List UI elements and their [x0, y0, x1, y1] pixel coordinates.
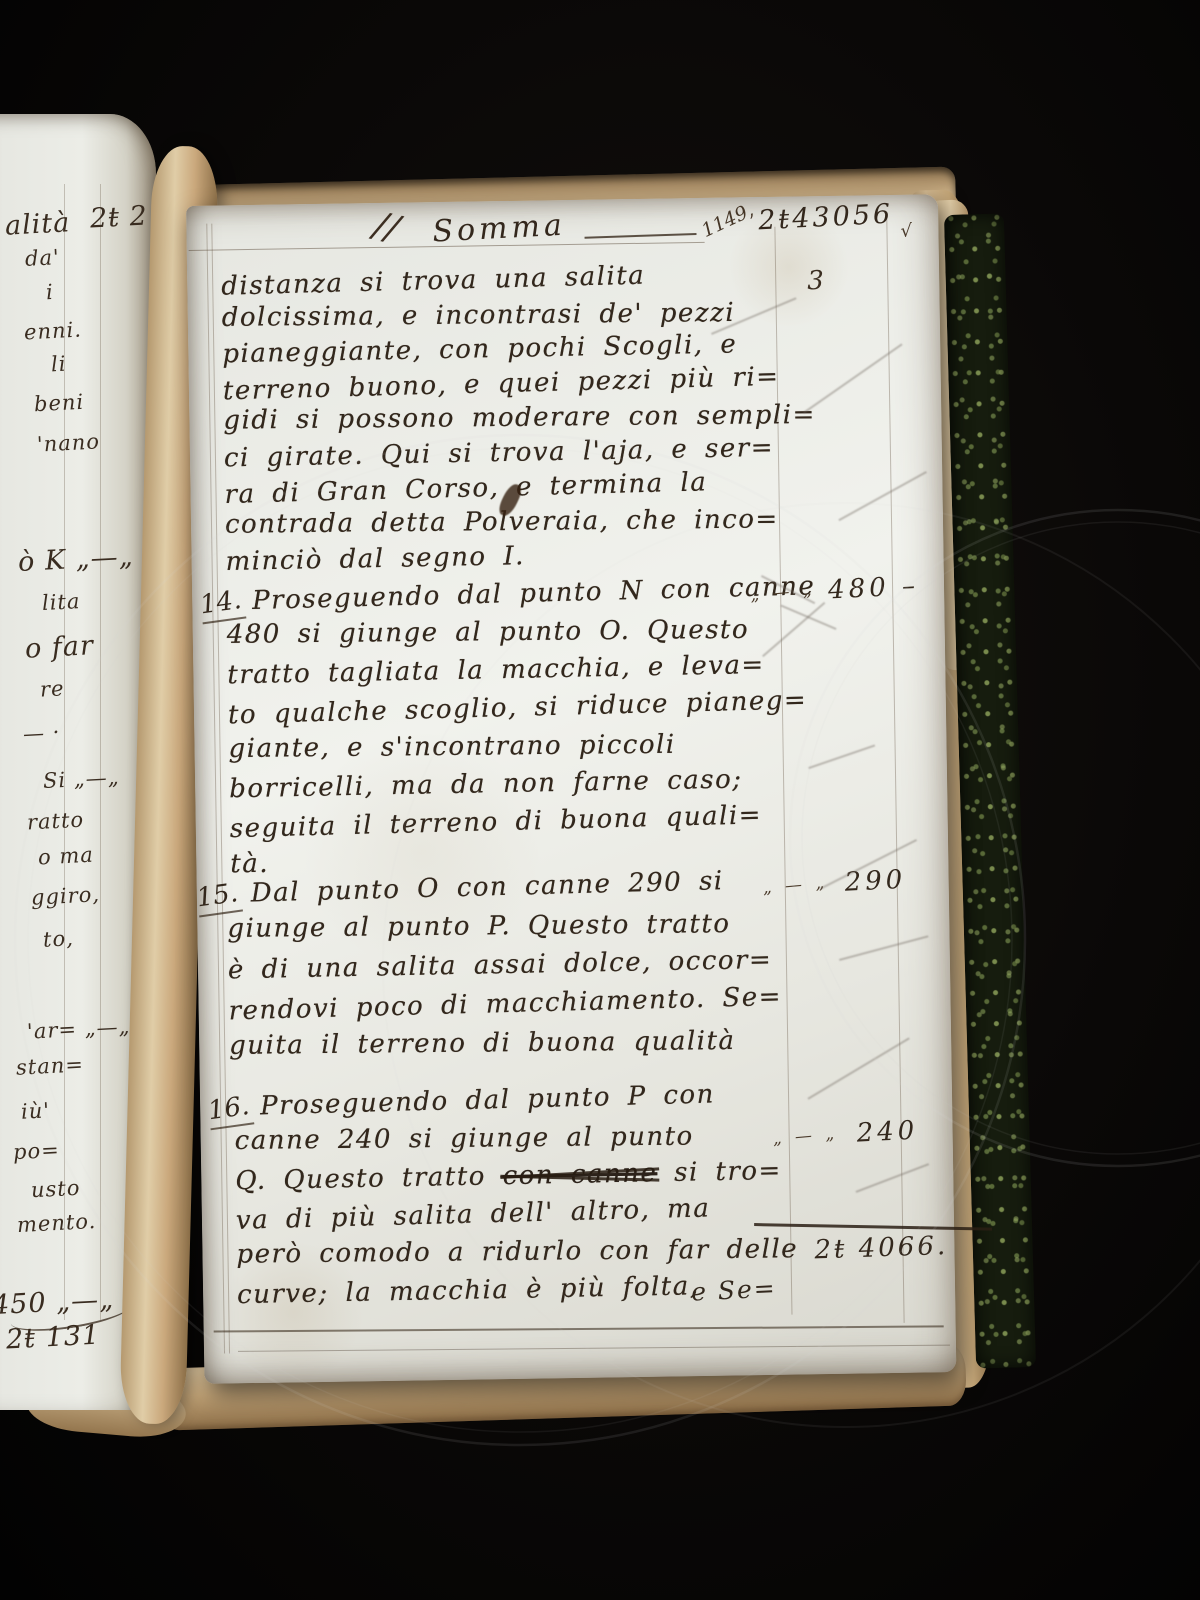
- manuscript-line: dolcissima, e incontrasi de' pezzi: [222, 298, 736, 333]
- left-page-text-fragment: o ma: [38, 843, 95, 870]
- left-page-text-fragment: li: [50, 352, 67, 377]
- manuscript-line: Q. Questo tratto con canne si tro=: [235, 1156, 782, 1196]
- manuscript-line: Dal punto O con canne 290 si: [250, 866, 724, 908]
- left-page-text-fragment: iù': [20, 1098, 50, 1123]
- left-page-text-fragment: po=: [13, 1138, 61, 1164]
- header-flourish: ∕∕: [370, 205, 403, 250]
- manuscript-line: però comodo a ridurlo con far delle: [236, 1234, 798, 1269]
- manuscript-line: giunge al punto P. Questo tratto: [227, 909, 730, 944]
- manuscript-line: giante, e s'incontrano piccoli: [228, 730, 675, 764]
- show-through-mark: [856, 1163, 930, 1193]
- left-page-text-fragment: lita: [41, 589, 81, 615]
- show-through-mark: [803, 343, 903, 413]
- left-page-text-fragment: 'ar= „—„: [26, 1014, 130, 1043]
- manuscript-line: gidi si possono moderare con sempli=: [223, 400, 816, 436]
- manuscript-line: rendovi poco di macchiamento. Se=: [228, 982, 782, 1026]
- header-total-value: 2ŧ43056: [758, 199, 894, 237]
- manuscript-line: minciò dal segno I.: [225, 541, 525, 577]
- left-page-text-fragment: ratto: [26, 808, 84, 835]
- manuscript-line: distanza si trova una salita: [221, 261, 646, 302]
- manuscript-line: guita il terreno di buona qualità: [229, 1026, 736, 1061]
- header-title: Somma: [432, 208, 567, 250]
- check-mark: √: [900, 221, 912, 242]
- left-page-text-fragment: Si „—„: [43, 765, 121, 793]
- left-page-text-fragment: stan=: [16, 1052, 85, 1080]
- left-page-text-fragment: usto: [30, 1176, 81, 1203]
- left-page-text-fragment: — ·: [22, 720, 61, 746]
- manuscript-line: to qualche scoglio, si riduce pianeg=: [228, 685, 808, 730]
- left-page-text-fragment: i: [46, 280, 55, 304]
- margin-tick-marks: „ — „: [762, 873, 829, 899]
- left-page-text-fragment: da': [25, 245, 61, 271]
- left-page-text-fragment: ò K „—„: [18, 541, 135, 578]
- left-page-text-fragment: alità: [4, 207, 71, 241]
- manuscript-photo: alità2ŧ 2da'ienni.libeni'nanoò K „—„lita…: [0, 0, 1200, 1600]
- page-number: 3: [807, 266, 824, 296]
- left-page-text-fragment: to,: [43, 926, 75, 952]
- fold-crease-line: [886, 219, 904, 1323]
- header-dash-rule: [585, 233, 697, 239]
- left-page-text-fragment: mento.: [16, 1209, 96, 1237]
- show-through-mark: [781, 605, 837, 630]
- show-through-mark: [839, 935, 928, 961]
- manuscript-line: canne 240 si giunge al punto: [235, 1122, 694, 1156]
- manuscript-line: borricelli, ma da non farne caso;: [229, 764, 743, 804]
- section-number: 14.: [198, 585, 247, 625]
- show-through-mark: [808, 744, 875, 769]
- left-page-text-fragment: 'nano: [36, 429, 100, 456]
- footer-continuation: e Se=: [690, 1273, 777, 1306]
- manuscript-line: ra di Gran Corso, e termina la: [224, 467, 707, 510]
- show-through-mark: [807, 1037, 909, 1099]
- header-prefix-number: 1149,: [698, 199, 757, 242]
- manuscript-line: tratto tagliata la macchia, e leva=: [227, 650, 765, 690]
- left-page-text-fragment: beni: [33, 390, 84, 417]
- line-text: Q. Questo tratto: [235, 1161, 503, 1196]
- manuscript-line: tà.: [230, 849, 269, 879]
- manuscript-line: Proseguendo dal punto P con: [260, 1079, 715, 1121]
- margin-tick-marks: „ — „: [749, 580, 816, 606]
- section-number: 16.: [206, 1091, 255, 1131]
- left-page-text-fragment: o far: [24, 630, 94, 665]
- section-number: 15.: [195, 878, 244, 918]
- left-page-text-fragment: re: [39, 676, 65, 701]
- margin-tick-marks: „ — „: [772, 1124, 839, 1150]
- left-page-text-fragment: enni.: [24, 318, 83, 345]
- margin-canne-value: 240: [856, 1116, 919, 1149]
- show-through-mark: [838, 471, 927, 521]
- manuscript-line: va di più salita dell' altro, ma: [236, 1193, 711, 1235]
- ruled-line-vertical: [100, 184, 101, 1320]
- footer-sum-value: 2ŧ 4066.: [814, 1231, 949, 1265]
- manuscript-line: curve; la macchia è più folta,: [237, 1271, 700, 1310]
- manuscript-line: 480 si giunge al punto O. Questo: [227, 615, 750, 650]
- left-page-text-fragment: 2ŧ 2: [89, 201, 148, 235]
- manuscript-line: seguita il terreno di buona quali=: [229, 800, 762, 844]
- crossed-out-text: con canne: [502, 1158, 657, 1191]
- left-page-text-fragment: ggiro,: [30, 882, 100, 910]
- manuscript-line: è di una salita assai dolce, occor=: [228, 945, 773, 985]
- footer-rule-line: [214, 1325, 944, 1332]
- manuscript-line: terreno buono, e quei pezzi più ri=: [223, 362, 780, 407]
- manuscript-line: Proseguendo dal punto N con canne: [252, 571, 816, 616]
- manuscript-recto-page: ∕∕ Somma 1149, 2ŧ43056 √ 3 distanza si t…: [186, 194, 956, 1384]
- manuscript-line: pianeggiante, con pochi Scogli, e: [222, 330, 737, 370]
- line-text: si tro=: [657, 1156, 782, 1188]
- footer-rule-line: [238, 1345, 950, 1352]
- margin-canne-value: 480 –: [827, 571, 919, 606]
